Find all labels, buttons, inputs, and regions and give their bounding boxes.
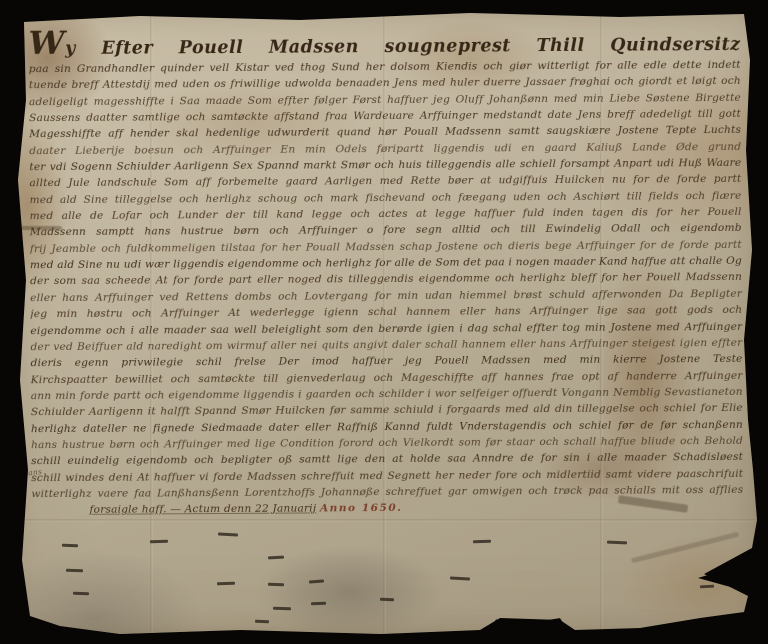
date-anno-1650: Anno 1650. [320,502,403,515]
seal-slit [450,576,470,580]
seal-slit [268,583,284,587]
horizontal-fold-crease [0,519,768,522]
manuscript-line: schill windes deni At haffuer vi forde M… [31,465,743,486]
seal-slit [700,585,714,589]
dating-clause: forsaigle haff. — Actum denn 22 Januarij… [89,498,743,519]
opening-line: Wy Efter Pouell Madssen sougneprest Thil… [29,23,741,61]
seal-slit [150,540,168,544]
manuscript-line: Saussens daatter samtlige och samtøckte … [29,106,741,127]
seal-slit [309,579,324,583]
manuscript-line: paa sin Grandhandler quinder vell Kistar… [29,57,741,78]
manuscript-line: Madssenn samptt hans hustrue børn och Ar… [30,220,742,241]
marginal-note: Tilhugans [2,465,63,480]
manuscript-photo: Wy Efter Pouell Madssen sougneprest Thil… [0,0,768,644]
manuscript-line: ann min forde partt och eigendomme ligge… [31,384,743,405]
manuscript-line: Magesshiffte aff hender skal hedenlige u… [29,122,741,143]
vertical-fold-crease [383,0,386,644]
seal-slit [268,556,284,560]
manuscript-line: der som saa scheede At for forde part el… [30,269,742,290]
seal-slit [273,607,291,611]
tear-shadow [631,532,739,563]
manuscript-line: eller hans Arffuinger ved Rettens dombs … [30,286,742,307]
manuscript-line: daater Lieberije boesun och Arffuinger E… [29,139,741,160]
manuscript-line: dieris egenn privwilegie schil frelse De… [31,351,743,372]
vertical-fold-crease [600,0,603,644]
seal-slit [311,602,326,606]
manuscript-line: frij Jeamble och fuldkommeligen tilstaa … [30,237,742,258]
manuscript-line: herlighz dateller ne fignede Siedmaade d… [31,416,743,437]
seal-slit [380,598,394,601]
vertical-fold-crease [150,0,153,644]
manuscript-line: hans hustrue børn och Arffuinger med lig… [31,433,743,454]
manuscript-line: Schiulder Aarligenn it halfft Spannd Smø… [31,400,743,421]
manuscript-line: Kirchspaatter bewilliet och samtøckte ti… [31,367,743,388]
manuscript-line: tuende breff Attestdij med uden os friwi… [29,73,741,94]
manuscript-line: ter vdi Sogenn Schiulder Aarligenn Sex S… [29,155,741,176]
seal-slit [255,620,269,623]
seal-slit [607,541,627,545]
manuscript-line: allted Jule landschule Som aff forbemelt… [29,171,741,192]
seal-slit [473,540,491,544]
seal-slit [66,569,83,573]
body-text: paa sin Grandhandler quinder vell Kistar… [29,57,744,503]
seal-slit [217,582,235,586]
manuscript-line: adeligeligt magesshiffte i Saa maade Som… [29,90,741,111]
manuscript-line: med ald Sine tilleggelse och herlighz sc… [30,188,742,209]
manuscript-line: der ved Beiffuer ald naredight om wirmuf… [30,335,742,356]
seal-slit [73,592,89,596]
manuscript-line: med alle de Lofar och Lunder der till ka… [30,204,742,225]
manuscript-text: Wy Efter Pouell Madssen sougneprest Thil… [29,23,744,520]
manuscript-line: jeg min høstru och Arffuinger At wederle… [30,302,742,323]
manuscript-line: schill euindelig eigendomb och bepligter… [31,449,743,470]
seal-slit [218,532,238,536]
seal-slit [62,544,78,548]
edge-crease [18,226,62,230]
manuscript-line: med ald Sine nu udi wær liggendis eigend… [30,253,742,274]
manuscript-line: witterlighz vaere faa Lanßhansßenn Loren… [31,482,743,503]
manuscript-line: eigendomme och i alle maader saa well be… [30,318,742,339]
parchment-sheet: Wy Efter Pouell Madssen sougneprest Thil… [0,0,768,644]
tear-shadow [618,495,688,513]
closing-text: forsaigle haff. — Actum denn 22 Januarij [89,503,316,516]
